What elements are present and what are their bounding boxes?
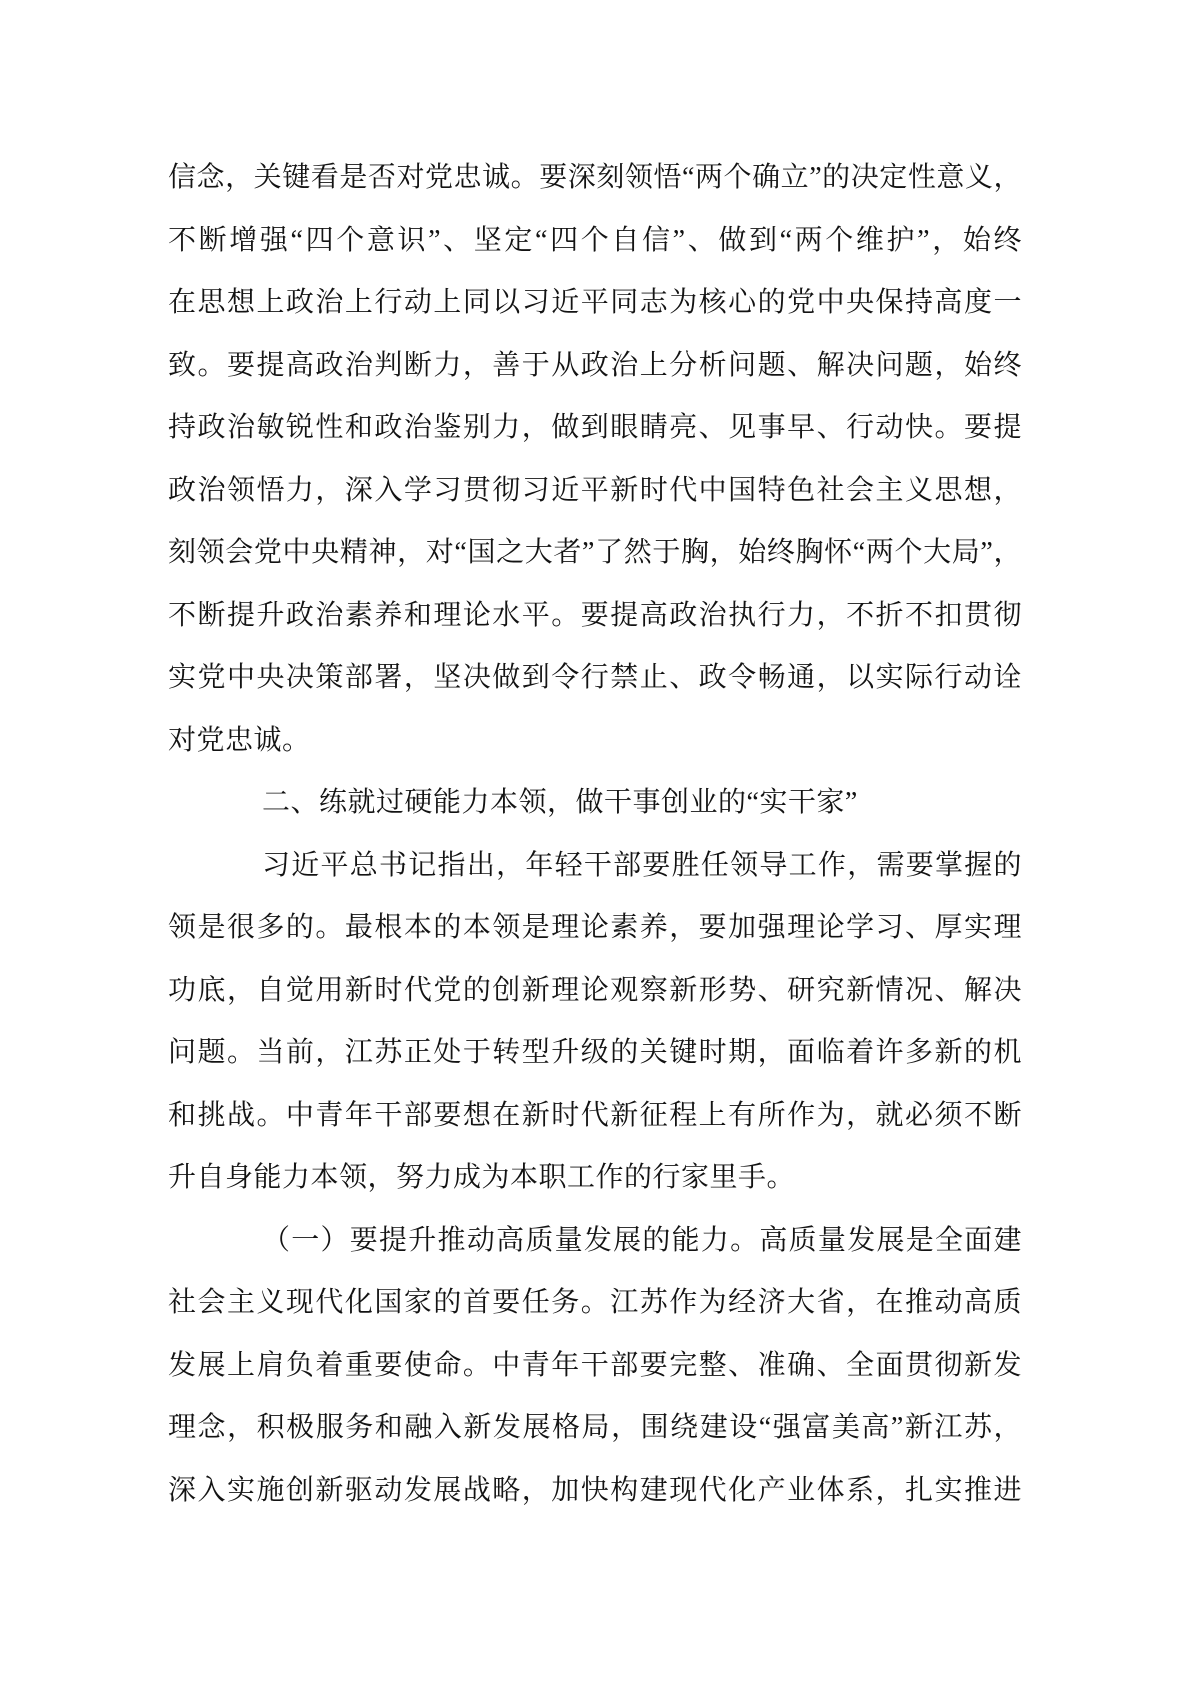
text-line: 刻领会党中央精神，对“国之大者”了然于胸，始终胸怀“两个大局”，	[168, 522, 1022, 585]
section-heading-line: 二、练就过硬能力本领，做干事创业的“实干家”	[168, 772, 1022, 835]
text-line: 不断提升政治素养和理论水平。要提高政治执行力，不折不扣贯彻落	[168, 585, 1022, 648]
text-line: 不断增强“四个意识”、坚定“四个自信”、做到“两个维护”，始终	[168, 210, 1022, 273]
text-line: 对党忠诚。	[168, 710, 1022, 773]
text-line: 致。要提高政治判断力，善于从政治上分析问题、解决问题，始终保	[168, 335, 1022, 398]
section-heading: 二、练就过硬能力本领，做干事创业的“实干家”	[168, 772, 1022, 835]
paragraph-continuation: 信念，关键看是否对党忠诚。要深刻领悟“两个确立”的决定性意义， 不断增强“四个意…	[168, 147, 1022, 772]
text-line: 在思想上政治上行动上同以习近平同志为核心的党中央保持高度一	[168, 272, 1022, 335]
text-line: 功底，自觉用新时代党的创新理论观察新形势、研究新情况、解决新	[168, 960, 1022, 1023]
paragraph-body: 习近平总书记指出，年轻干部要胜任领导工作，需要掌握的本 领是很多的。最根本的本领…	[168, 835, 1022, 1210]
text-line: 深入实施创新驱动发展战略，加快构建现代化产业体系，扎实推进乡	[168, 1460, 1022, 1523]
text-line: （一）要提升推动高质量发展的能力。高质量发展是全面建设	[168, 1210, 1022, 1273]
text-line: 升自身能力本领，努力成为本职工作的行家里手。	[168, 1147, 1022, 1210]
text-line: 信念，关键看是否对党忠诚。要深刻领悟“两个确立”的决定性意义，	[168, 147, 1022, 210]
document-page: 信念，关键看是否对党忠诚。要深刻领悟“两个确立”的决定性意义， 不断增强“四个意…	[0, 0, 1190, 1683]
text-line: 和挑战。中青年干部要想在新时代新征程上有所作为，就必须不断提	[168, 1085, 1022, 1148]
text-line: 政治领悟力，深入学习贯彻习近平新时代中国特色社会主义思想，深	[168, 460, 1022, 523]
paragraph-body: （一）要提升推动高质量发展的能力。高质量发展是全面建设 社会主义现代化国家的首要…	[168, 1210, 1022, 1523]
text-line: 问题。当前，江苏正处于转型升级的关键时期，面临着许多新的机遇	[168, 1022, 1022, 1085]
text-line: 理念，积极服务和融入新发展格局，围绕建设“强富美高”新江苏，	[168, 1397, 1022, 1460]
text-line: 社会主义现代化国家的首要任务。江苏作为经济大省，在推动高质量	[168, 1272, 1022, 1335]
text-line: 领是很多的。最根本的本领是理论素养，要加强理论学习、厚实理论	[168, 897, 1022, 960]
text-line: 发展上肩负着重要使命。中青年干部要完整、准确、全面贯彻新发展	[168, 1335, 1022, 1398]
text-line: 实党中央决策部署，坚决做到令行禁止、政令畅通，以实际行动诠释	[168, 647, 1022, 710]
text-line: 持政治敏锐性和政治鉴别力，做到眼睛亮、见事早、行动快。要提高	[168, 397, 1022, 460]
text-line: 习近平总书记指出，年轻干部要胜任领导工作，需要掌握的本	[168, 835, 1022, 898]
document-text-block: 信念，关键看是否对党忠诚。要深刻领悟“两个确立”的决定性意义， 不断增强“四个意…	[168, 147, 1022, 1522]
